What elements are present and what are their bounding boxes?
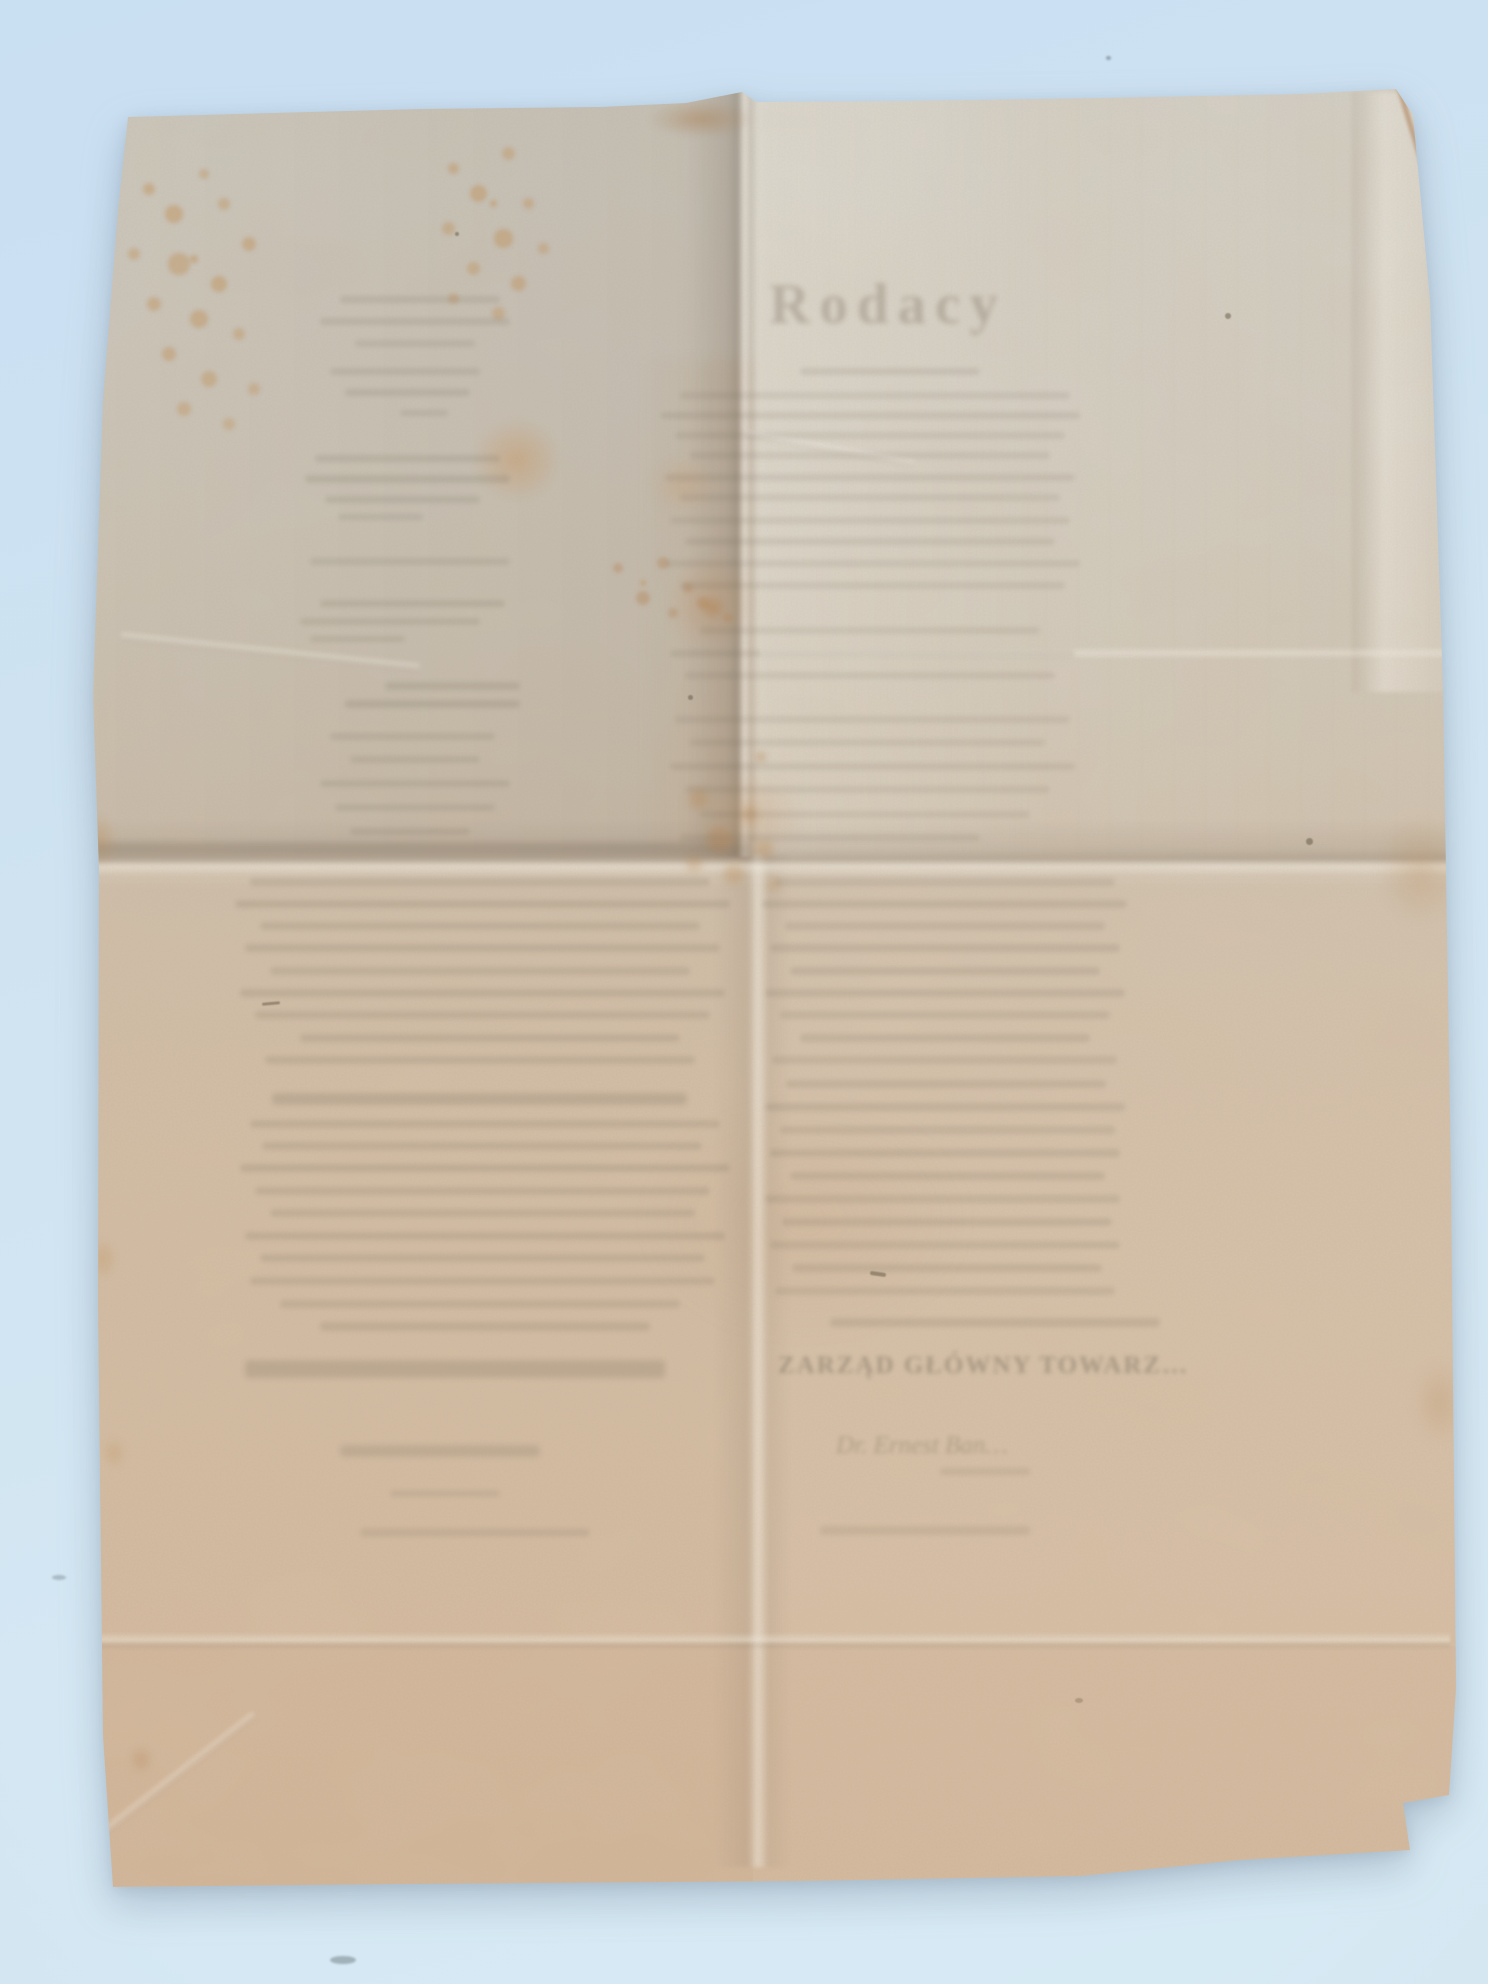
photo-backdrop: Rodacy ZARZĄD GŁÓWNY TOWARZ… Dr. Ernest … (0, 0, 1488, 1984)
paper-grain-texture (0, 0, 1488, 1984)
paper-sheet: Rodacy ZARZĄD GŁÓWNY TOWARZ… Dr. Ernest … (0, 0, 1488, 1984)
paper-shadow-wrap: Rodacy ZARZĄD GŁÓWNY TOWARZ… Dr. Ernest … (0, 0, 1488, 1984)
